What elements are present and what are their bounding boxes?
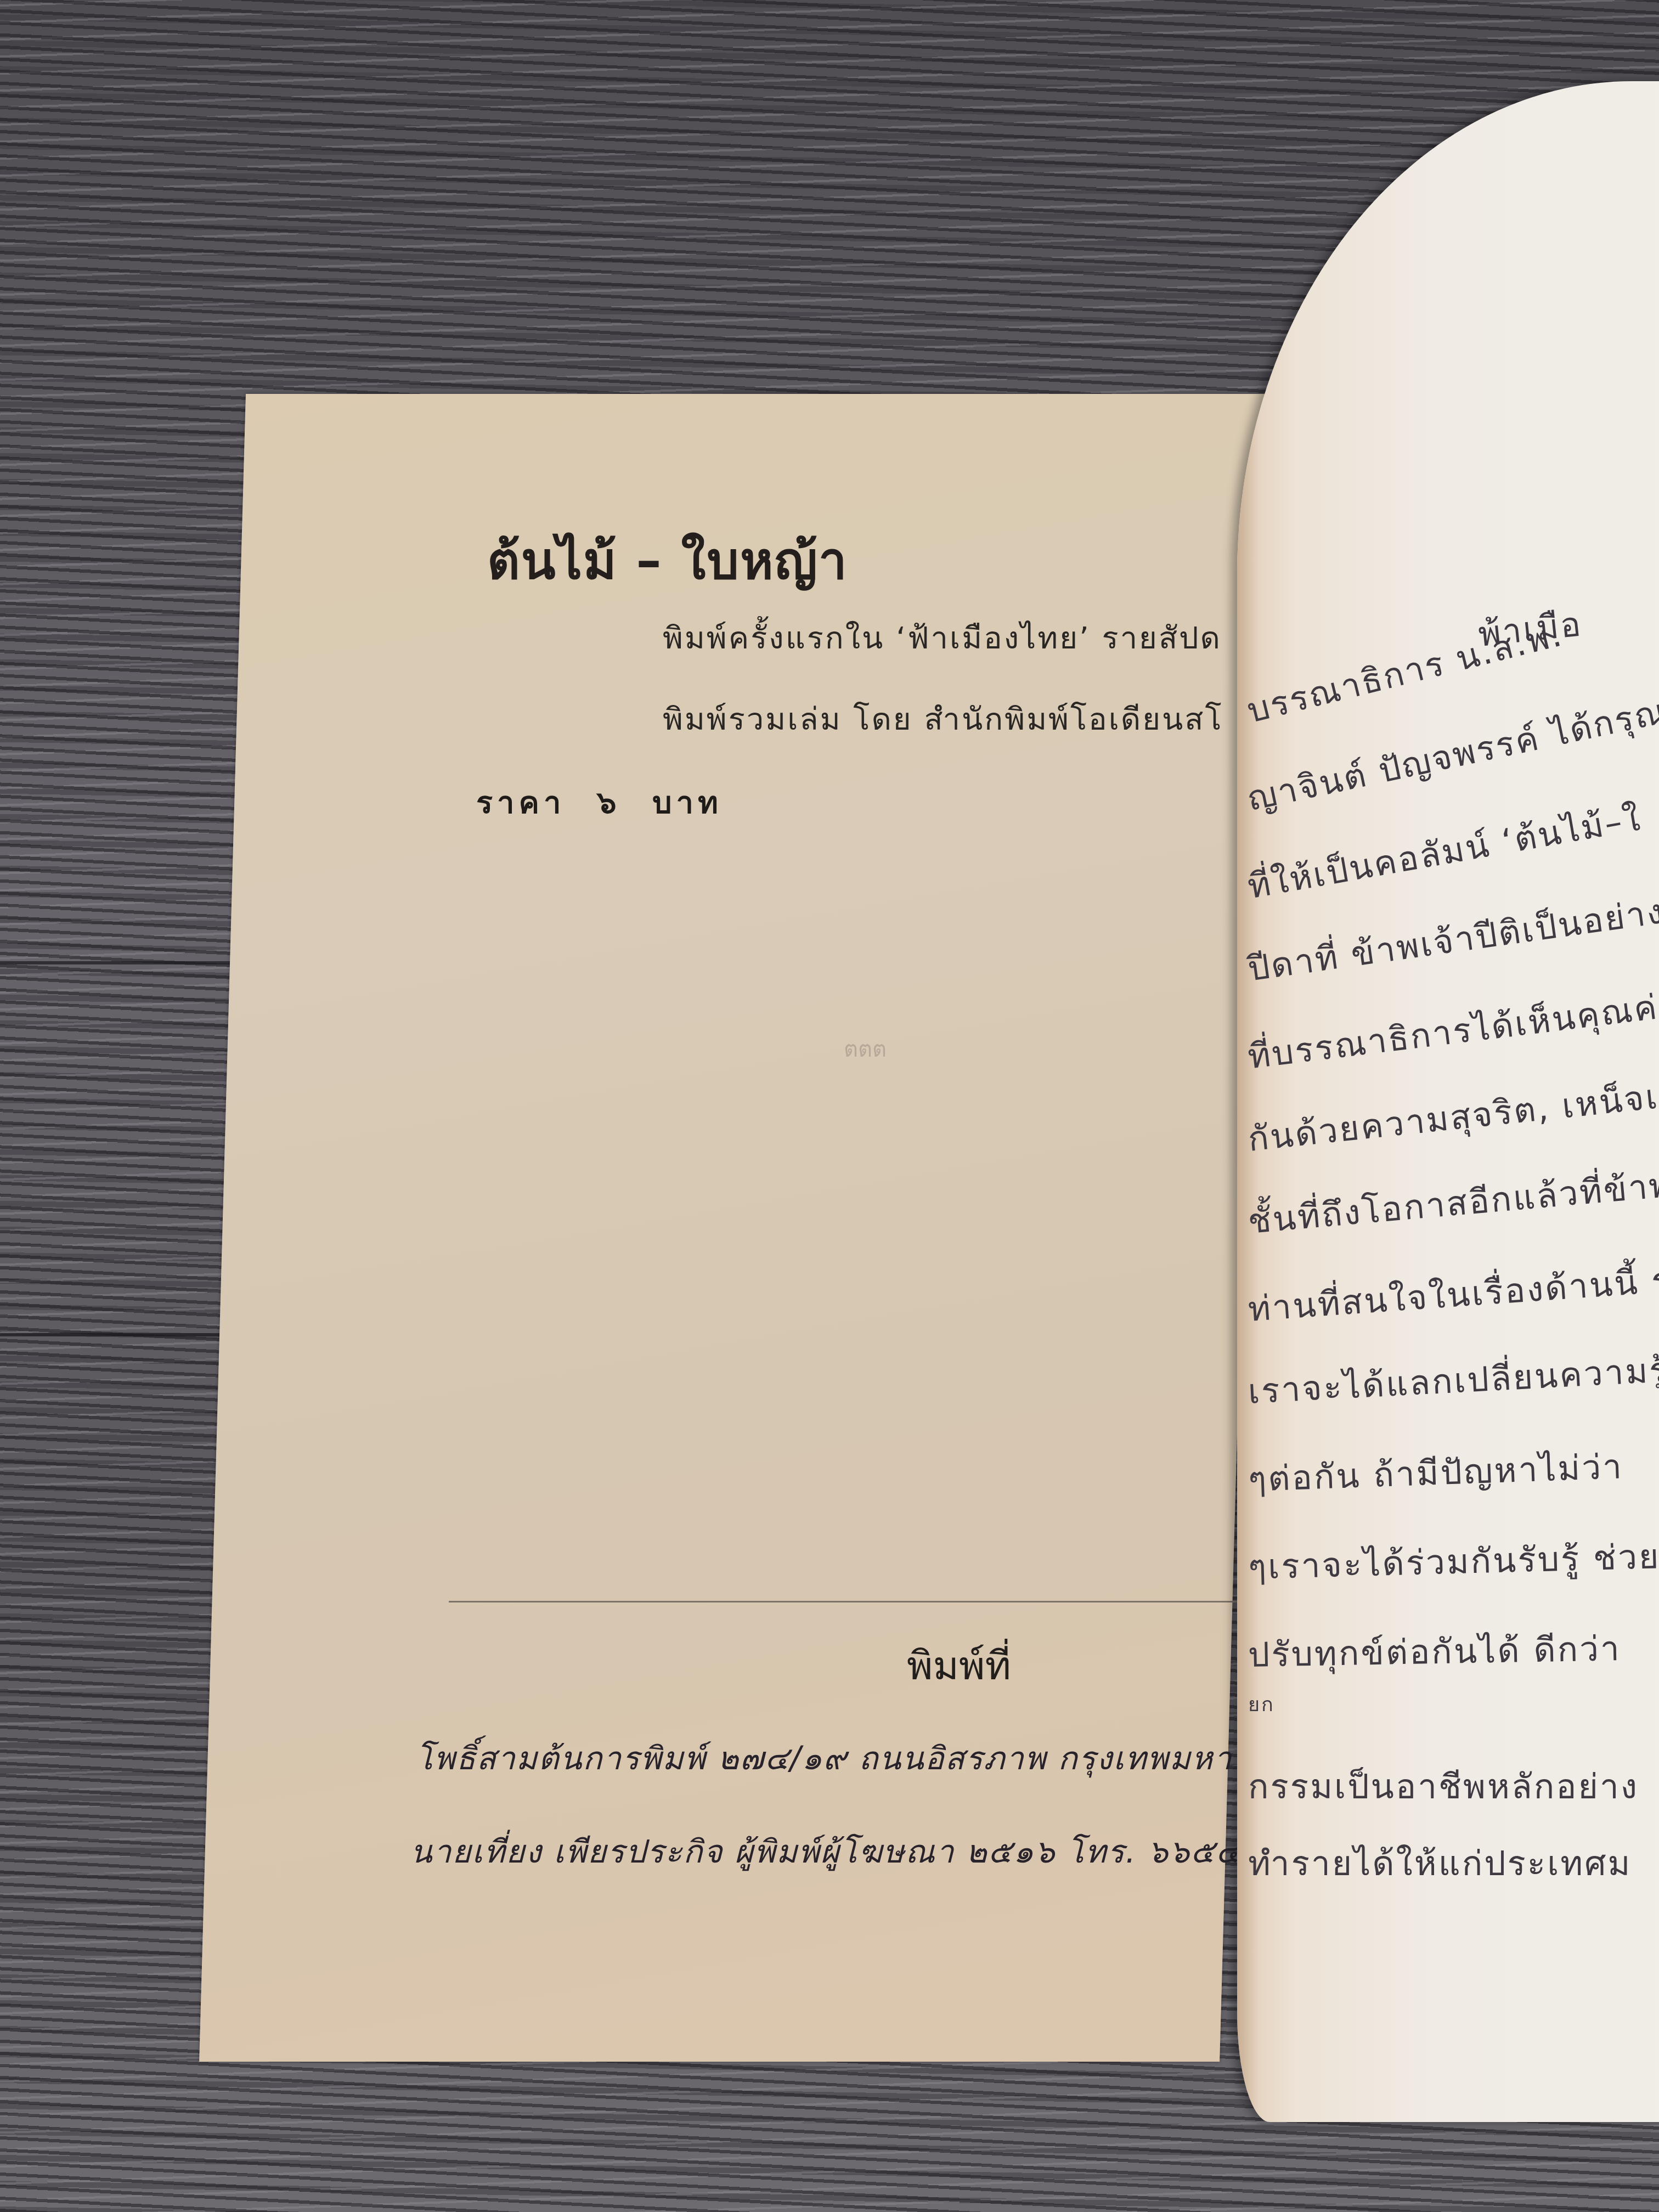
compilation-publisher-note: พิมพ์รวมเล่ม โดย สำนักพิมพ์โอเดียนสโ	[663, 695, 1223, 743]
first-print-note: พิมพ์ครั้งแรกใน ‘ฟ้าเมืองไทย’ รายสัปด	[663, 613, 1222, 662]
right-page-line: ยก	[1248, 1689, 1275, 1720]
imprint-divider	[449, 1601, 1283, 1602]
book-title: ต้นไม้ – ใบหญ้า	[487, 520, 848, 601]
right-page-line: เราจะได้แลกเปลี่ยนความรู้	[1246, 1343, 1659, 1419]
right-book-page-curled: พ้าเมือ บรรณาธิการ น.ส.พ. ญาจินต์ ปัญจพร…	[1237, 81, 1659, 2122]
right-page-line: กรรมเป็นอาชีพหลักอย่าง	[1248, 1760, 1639, 1814]
right-page-line: ๆเราจะได้ร่วมกันรับรู้ ช่วย	[1248, 1530, 1659, 1594]
left-book-page: ต้นไม้ – ใบหญ้า พิมพ์ครั้งแรกใน ‘ฟ้าเมือ…	[199, 394, 1266, 2062]
price-label: ราคา ๖ บาท	[476, 778, 723, 827]
right-page-line: ชั้นที่ถึงโอกาสอีกแล้วที่ข้าพเจ	[1246, 1155, 1659, 1249]
right-page-line: ปรับทุกข์ต่อกันได้ ดีกว่า	[1248, 1622, 1621, 1682]
page-curl-shadow	[1237, 81, 1259, 2122]
right-page-line: ๆต่อกัน ถ้ามีปัญหาไม่ว่า	[1247, 1440, 1624, 1506]
printer-publisher-line: นายเที่ยง เพียรประกิจ ผู้พิมพ์ผู้โฆษณา ๒…	[410, 1826, 1241, 1877]
right-page-line: กันด้วยความสุจริต, เหน็จเหนื่	[1245, 1064, 1659, 1166]
bleed-through-mark: ตตต	[844, 1031, 887, 1066]
right-page-line: ท่านที่สนใจในเรื่องด้านนี้ ร	[1246, 1253, 1659, 1336]
printed-at-heading: พิมพ์ที่	[822, 1634, 1096, 1697]
printer-address: โพธิ์สามต้นการพิมพ์ ๒๗๔/๑๙ ถนนอิสรภาพ กร…	[416, 1733, 1232, 1784]
right-page-line: ทำรายได้ให้แก่ประเทศม	[1248, 1837, 1632, 1891]
